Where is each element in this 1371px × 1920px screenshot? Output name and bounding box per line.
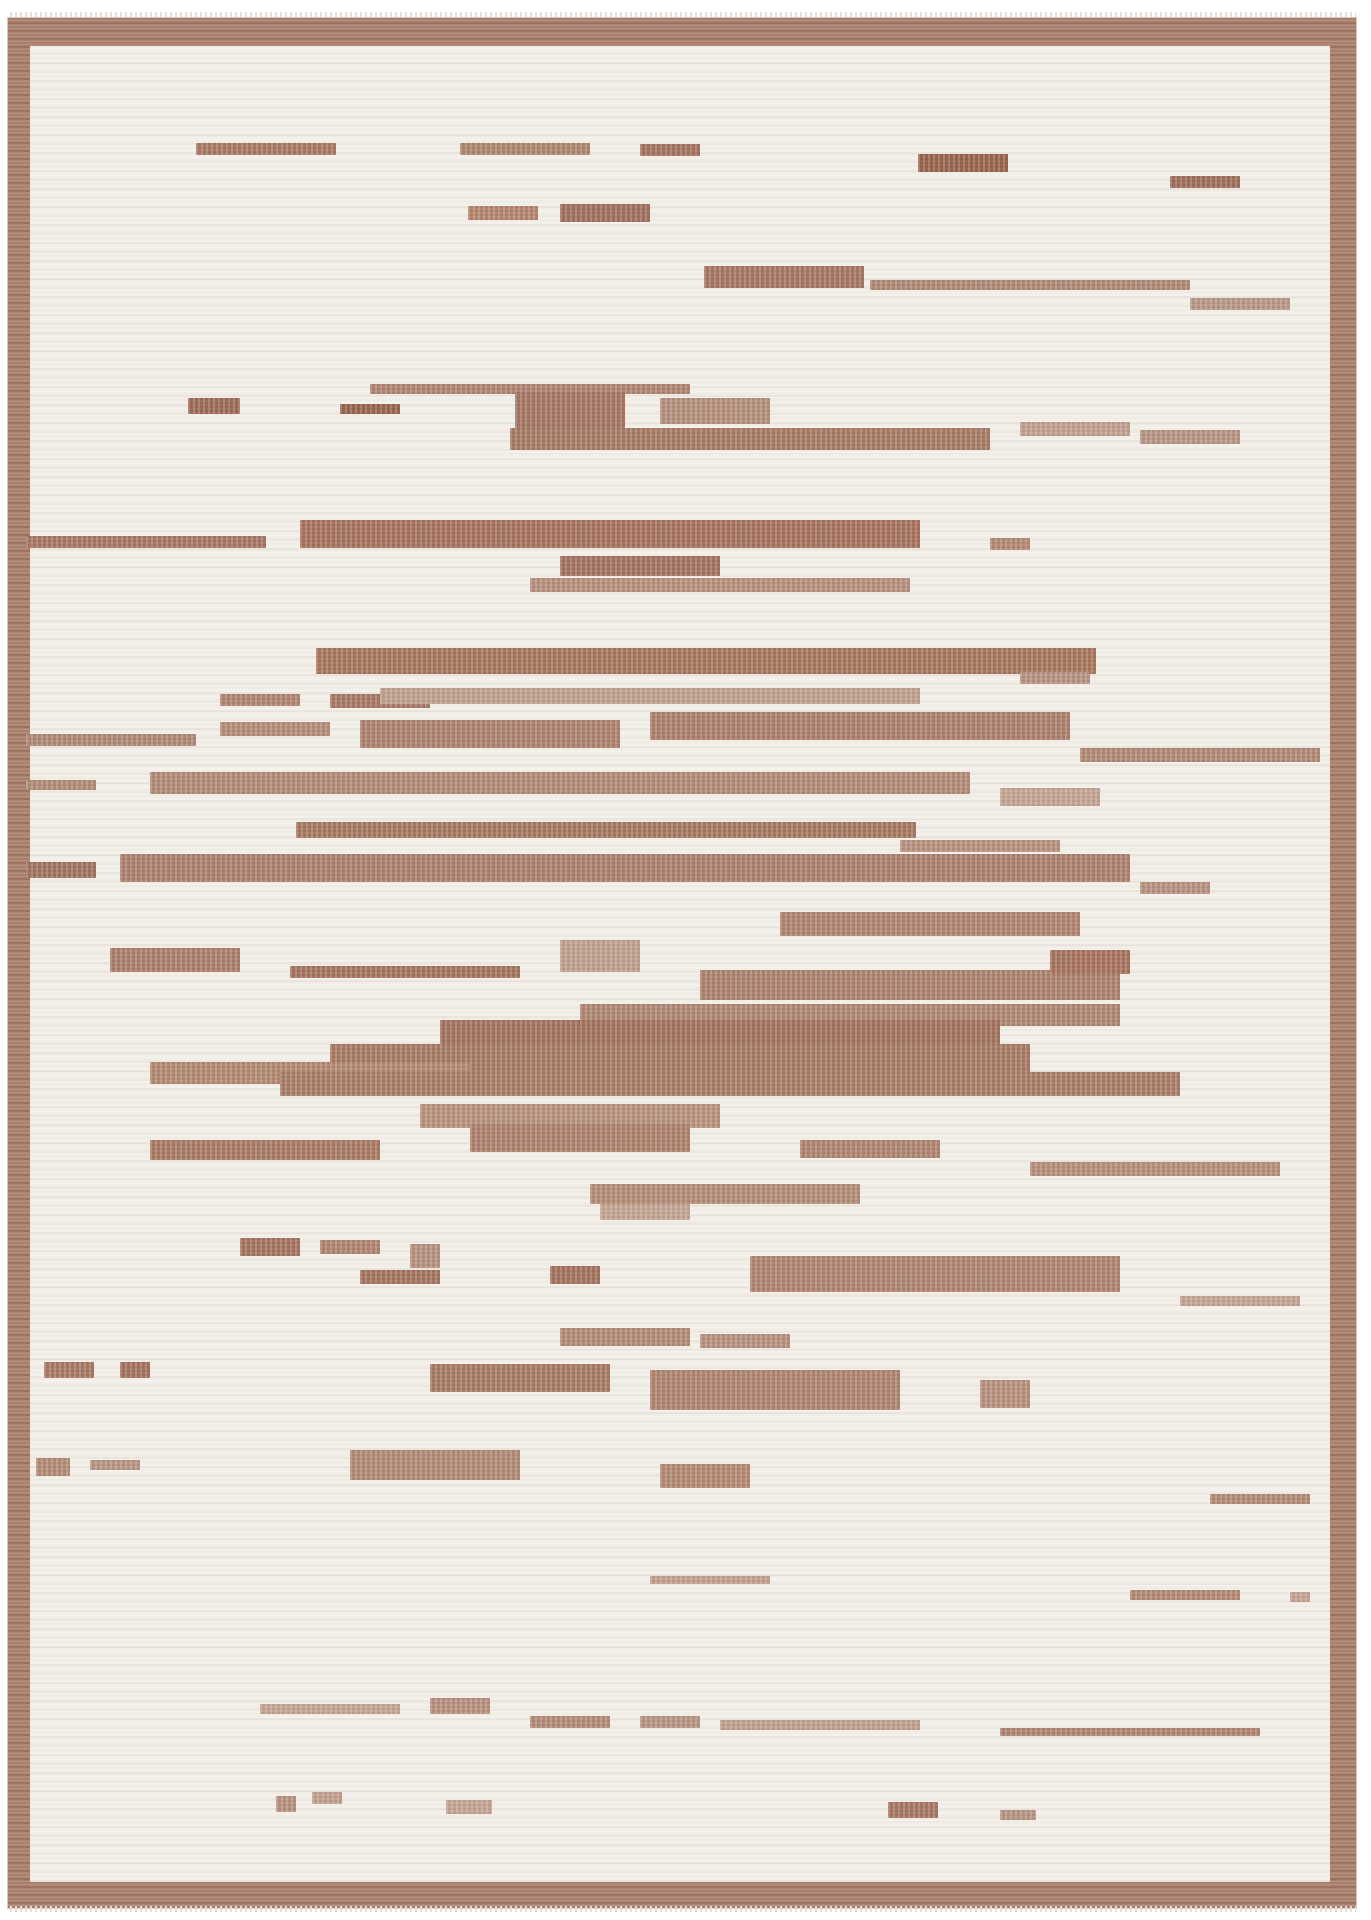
rug-motif-bar [446,1800,492,1814]
rug-motif-bar [980,1380,1030,1408]
rug-motif-bar [300,520,920,548]
rug-motif-bar [530,1716,610,1728]
rug-motif-bar [660,1464,750,1488]
rug-motif-bar [196,143,336,155]
rug-motif-bar [650,1576,770,1584]
rug-motif-bar [870,280,1190,290]
rug-motif-bar [26,780,96,790]
rug-motif-bar [280,1072,1180,1096]
rug-motif-bar [650,712,1070,740]
rug-motif-bar [312,1792,342,1804]
rug-motif-bar [410,1244,440,1268]
rug-motif-bar [888,1802,938,1818]
rug-motif-bar [720,1720,920,1730]
rug-motif-bar [430,1364,610,1392]
rug-motif-bar [1000,1728,1260,1736]
rug-motif-bar [240,1238,300,1256]
rug-motif-bar [220,694,300,706]
rug-motif-bar [640,1716,700,1728]
rug-motif-bar [990,538,1030,550]
rug-motif-bar [430,1698,490,1714]
rug-motif-bar [550,1266,600,1284]
rug-motif-bar [1020,672,1090,684]
rug-motif-layer [0,0,1371,1920]
rug-motif-bar [360,1270,440,1284]
rug-motif-bar [260,1704,400,1714]
rug-motif-bar [470,1124,690,1152]
rug-motif-bar [320,1240,380,1254]
rug-motif-bar [1020,422,1130,436]
rug-motif-bar [26,734,196,746]
rug-motif-bar [560,940,640,972]
rug-motif-bar [650,1370,900,1410]
rug-motif-bar [296,822,916,838]
rug-motif-bar [360,720,620,748]
rug-motif-bar [340,404,400,414]
rug-motif-bar [120,1362,150,1378]
rug-motif-bar [1290,1592,1310,1602]
rug-motif-bar [530,578,910,592]
rug-motif-bar [120,854,1130,882]
rug-motif-bar [44,1362,94,1378]
rug-motif-bar [1030,1162,1280,1176]
rug-motif-bar [150,1140,380,1160]
rug-motif-bar [276,1796,296,1812]
rug-motif-bar [600,1204,690,1220]
rug-motif-bar [704,266,864,288]
rug-motif-bar [560,1328,690,1346]
rug-motif-bar [440,1020,1000,1044]
rug-motif-bar [1140,430,1240,444]
rug-motif-bar [460,143,590,155]
rug-motif-bar [26,862,96,878]
rug-motif-bar [1000,788,1100,806]
rug-motif-bar [468,206,538,220]
rug-motif-bar [700,970,1120,1000]
rug-motif-bar [188,398,240,414]
rug-motif-bar [640,144,700,156]
rug-motif-bar [560,556,720,576]
rug-motif-bar [510,428,990,450]
rug-motif-bar [800,1140,940,1158]
rug-motif-bar [36,1458,70,1476]
rug-motif-bar [590,1184,860,1204]
rug-motif-bar [1180,1296,1300,1306]
rug-motif-bar [380,688,920,704]
rug-motif-bar [1140,882,1210,894]
rug-motif-bar [1050,950,1130,974]
rug-motif-bar [290,966,520,978]
rug-motif-bar [1130,1590,1240,1600]
rug-motif-bar [350,1450,520,1480]
rug-motif-bar [150,772,970,794]
rug-motif-bar [560,204,650,222]
rug-motif-bar [1190,298,1290,310]
rug-motif-bar [660,398,770,424]
rug-motif-bar [750,1256,1120,1292]
rug-motif-bar [220,722,330,736]
rug-motif-bar [26,536,266,548]
rug-motif-bar [918,154,1008,172]
rug-motif-bar [1210,1494,1310,1504]
rug-motif-bar [780,912,1080,936]
rug-motif-bar [1000,1810,1036,1820]
rug-motif-bar [1170,176,1240,188]
rug-motif-bar [700,1334,790,1348]
rug-motif-bar [1080,748,1320,762]
rug-motif-bar [110,948,240,972]
rug-motif-bar [90,1460,140,1470]
rug-motif-bar [900,840,1060,852]
rug-motif-bar [316,648,1096,674]
rug-motif-bar [515,392,625,428]
